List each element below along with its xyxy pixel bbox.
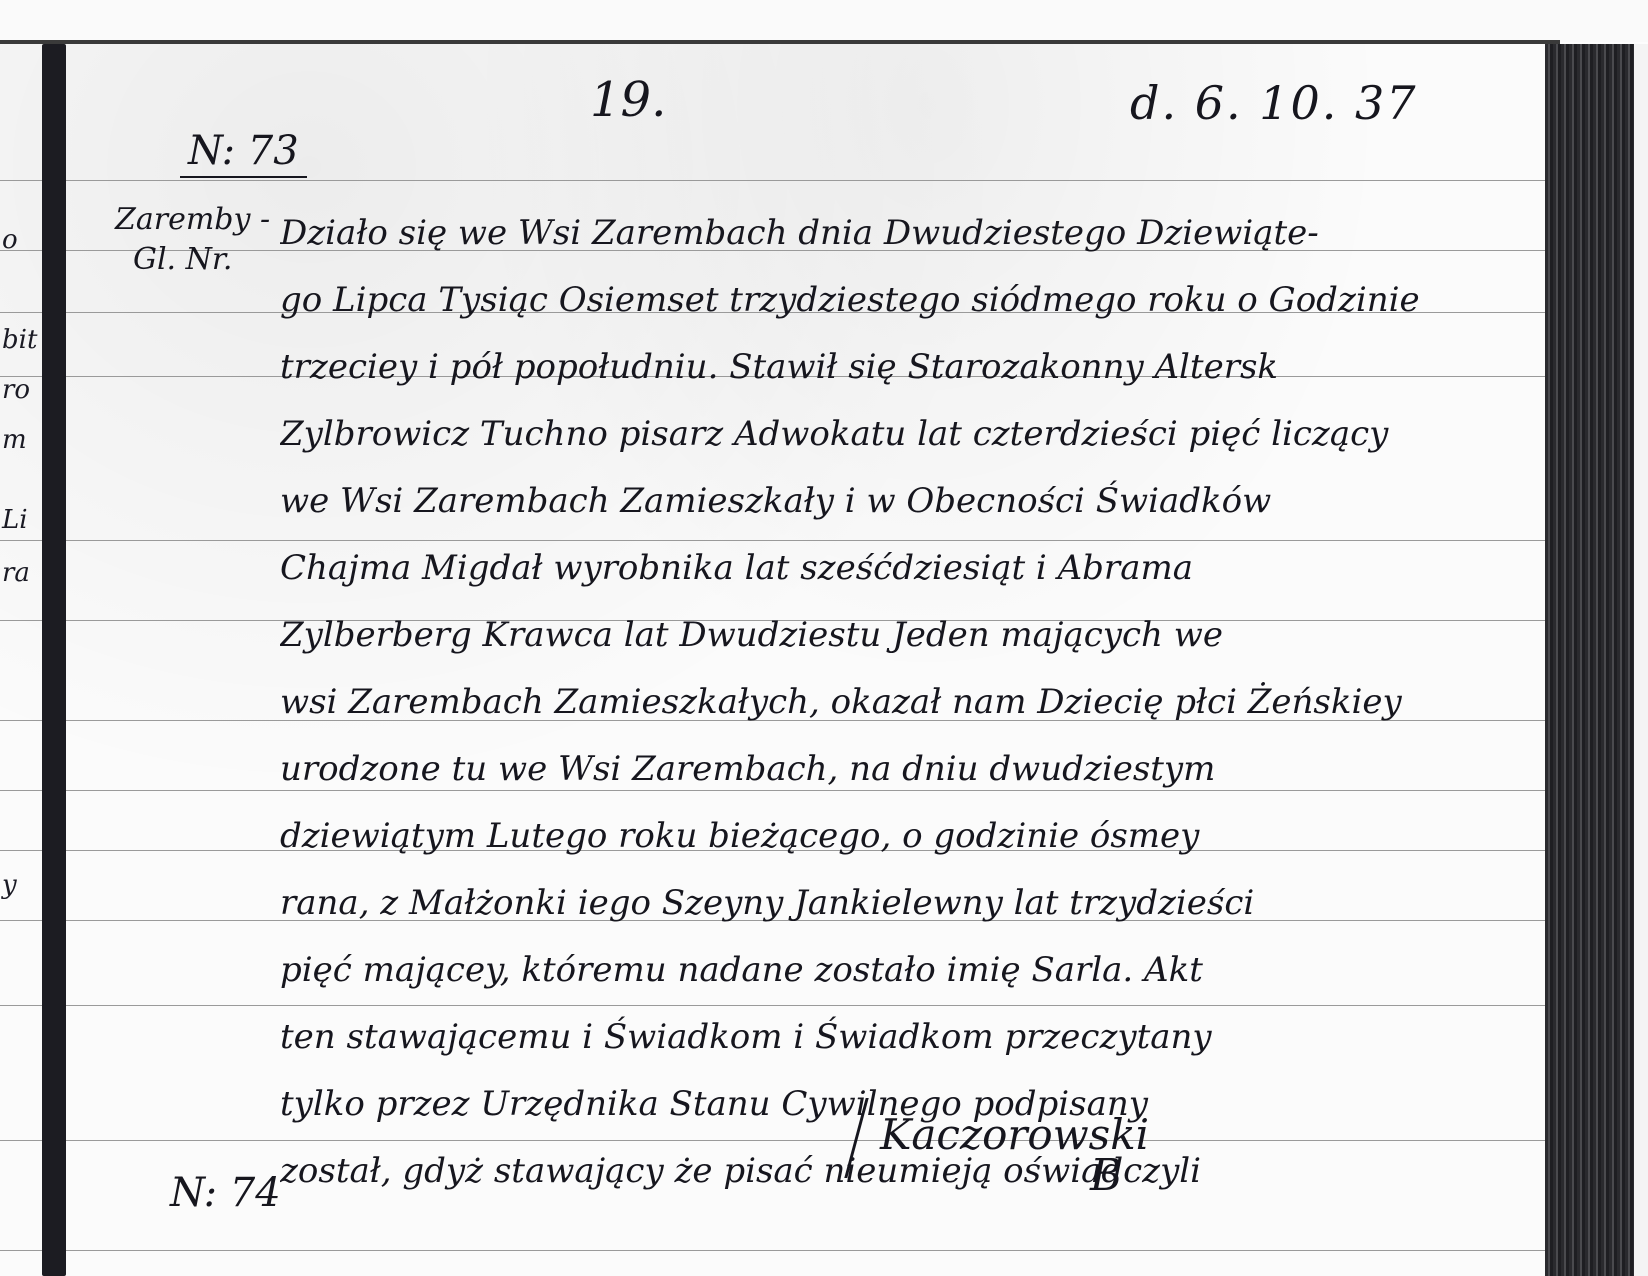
text-line: rana, z Małżonki iego Szeyny Jankielewny…: [280, 873, 1530, 940]
ruled-line: [0, 1250, 1545, 1251]
left-margin-bar: [42, 44, 66, 1276]
text-line: pięć mającey, któremu nadane zostało imi…: [280, 940, 1530, 1007]
margin-note-ref: Gl. Nr.: [115, 240, 270, 280]
page-number: 19.: [590, 72, 666, 128]
text-line: Chajma Migdał wyrobnika lat sześćdziesią…: [280, 538, 1530, 605]
text-line: Zylbrowicz Tuchno pisarz Adwokatu lat cz…: [280, 404, 1530, 471]
margin-fragment: ra: [2, 558, 30, 588]
top-border-line: [0, 40, 1560, 44]
margin-fragment: o: [2, 225, 18, 255]
record-body: Działo się we Wsi Zarembach dnia Dwudzie…: [280, 203, 1530, 1208]
text-line: Zylberberg Krawca lat Dwudziestu Jeden m…: [280, 605, 1530, 672]
entry-number: N: 73: [180, 128, 307, 178]
text-line: dziewiątym Lutego roku bieżącego, o godz…: [280, 806, 1530, 873]
signature-mark: B: [1090, 1150, 1122, 1201]
entry-number: N: 74: [170, 1170, 281, 1216]
text-line: trzeciey i pół popołudniu. Stawił się St…: [280, 337, 1530, 404]
text-line: urodzone tu we Wsi Zarembach, na dniu dw…: [280, 739, 1530, 806]
document-page: o bit ro m Li ra y 19. d. 6. 10. 37 N: 7…: [0, 0, 1648, 1276]
margin-fragment: Li: [2, 505, 28, 535]
ruled-line: [0, 180, 1545, 181]
scan-top-margin: [0, 0, 1648, 42]
margin-fragment: y: [2, 870, 17, 900]
margin-fragment: ro: [2, 375, 30, 405]
book-binding-edge: [1545, 44, 1648, 1276]
record-date: d. 6. 10. 37: [1130, 76, 1418, 130]
text-line: ten stawającemu i Świadkom i Świadkom pr…: [280, 1007, 1530, 1074]
margin-fragment: bit: [2, 325, 37, 355]
margin-note-place: Zaremby -: [115, 200, 270, 240]
margin-fragment: m: [2, 425, 27, 455]
text-line: wsi Zarembach Zamieszkałych, okazał nam …: [280, 672, 1530, 739]
text-line: Działo się we Wsi Zarembach dnia Dwudzie…: [280, 203, 1530, 270]
margin-note: Zaremby - Gl. Nr.: [115, 200, 270, 280]
text-line: go Lipca Tysiąc Osiemset trzydziestego s…: [280, 270, 1530, 337]
text-line: we Wsi Zarembach Zamieszkały i w Obecnoś…: [280, 471, 1530, 538]
